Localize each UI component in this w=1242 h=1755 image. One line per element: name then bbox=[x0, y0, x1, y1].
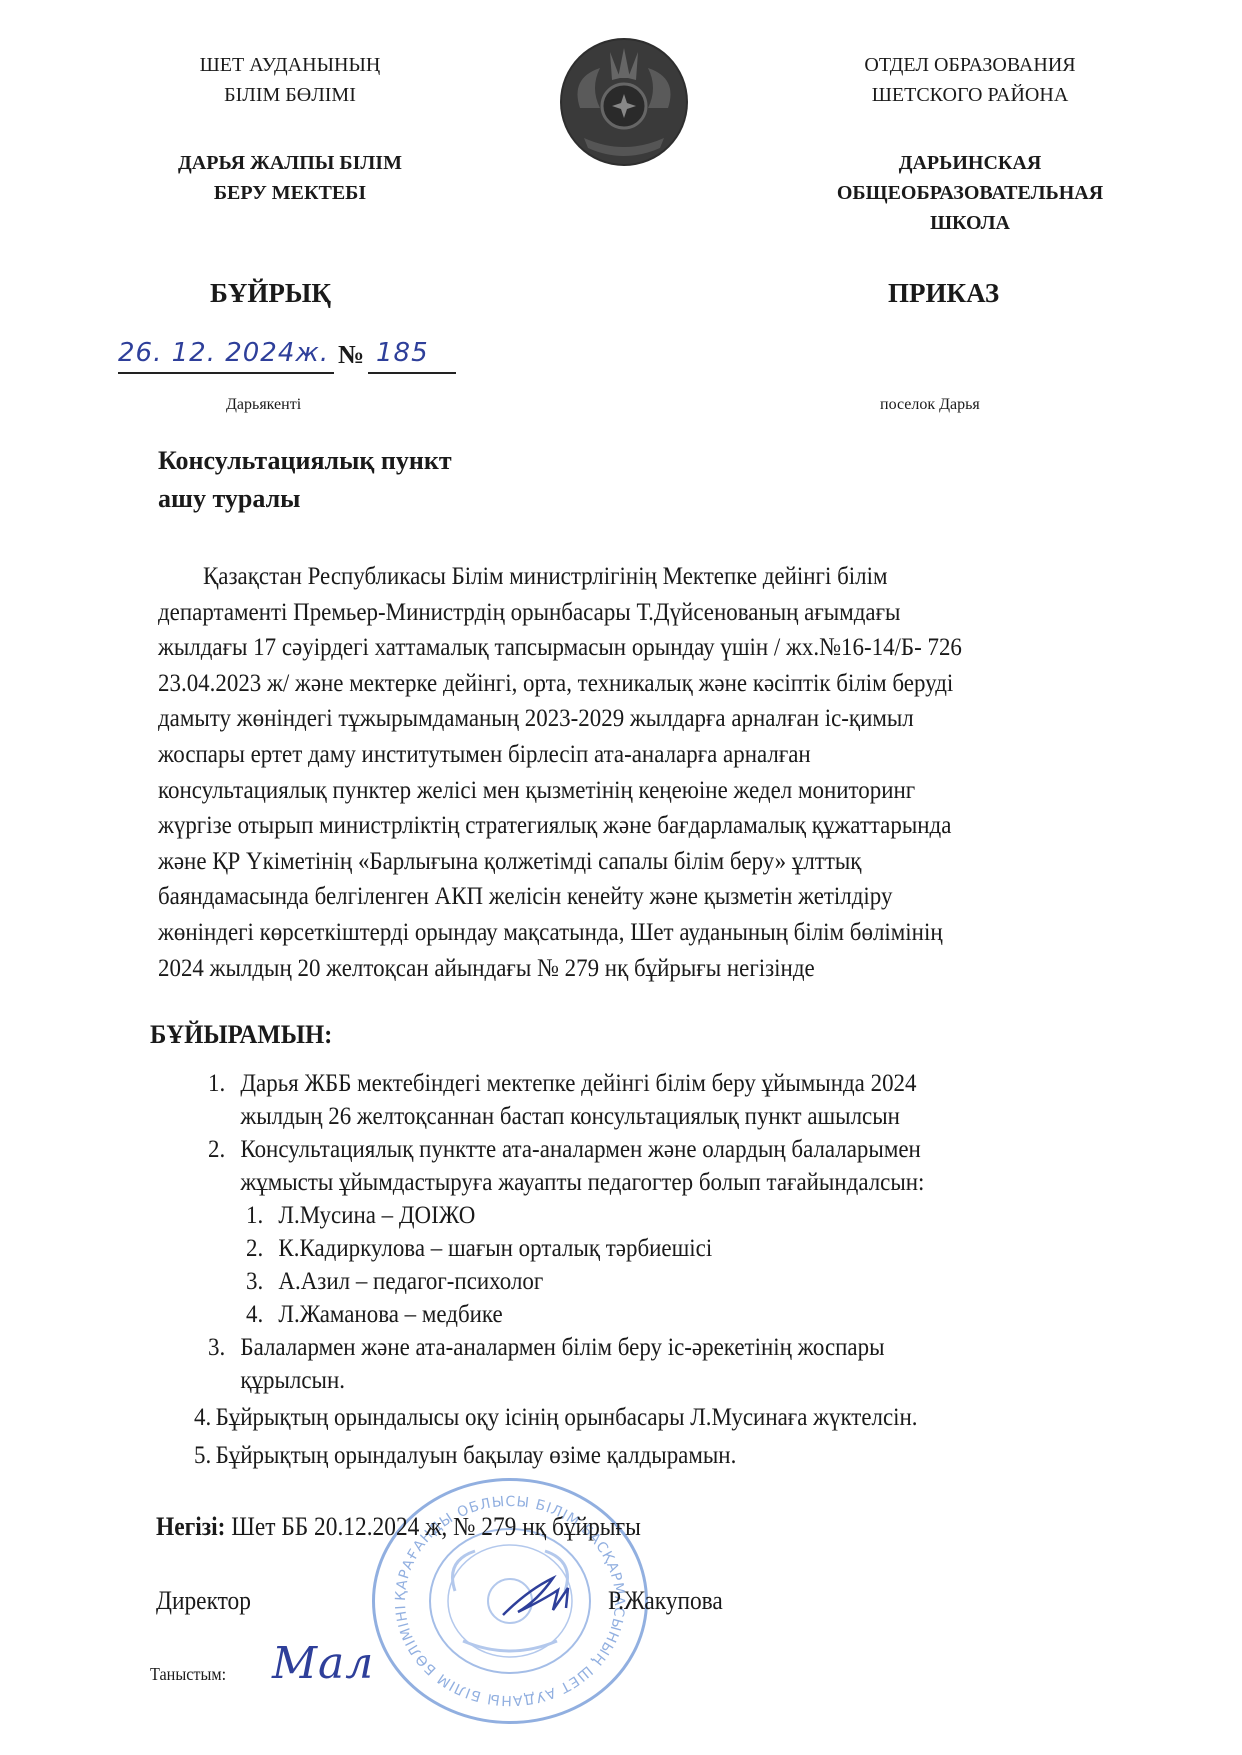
header-right-school-line1: ДАРЬИНСКАЯ bbox=[780, 148, 1160, 178]
order-number: 185 bbox=[368, 338, 456, 374]
director-signature bbox=[498, 1570, 588, 1620]
header-left-dept-line1: ШЕТ АУДАНЫНЫҢ bbox=[130, 50, 450, 80]
location-kazakh: Дарьякенті bbox=[226, 396, 301, 414]
item-text: Балалармен және ата-аналармен білім беру… bbox=[240, 1332, 884, 1361]
header-right-dept-line1: ОТДЕЛ ОБРАЗОВАНИЯ bbox=[800, 50, 1140, 80]
body-line: консультациялық пунктер желісі мен қызме… bbox=[158, 772, 1211, 808]
body-line: жоспары ертет даму институтымен бірлесіп… bbox=[158, 736, 1211, 772]
header-left-department: ШЕТ АУДАНЫНЫҢ БІЛІМ БӨЛІМІ bbox=[130, 50, 450, 110]
order-item-5: 5.Бұйрықтың орындалуын бақылау өзіме қал… bbox=[194, 1438, 736, 1471]
subitem: 2.К.Кадиркулова – шағын орталық тәрбиеші… bbox=[246, 1231, 712, 1264]
subject-line2: ашу туралы bbox=[158, 480, 452, 518]
basis-label: Негізі: bbox=[156, 1512, 225, 1541]
header-left-dept-line2: БІЛІМ БӨЛІМІ bbox=[130, 80, 450, 110]
subitem-text: Л.Мусина – ДОІЖО bbox=[278, 1200, 475, 1229]
item-number: 3. bbox=[208, 1330, 240, 1363]
item-text: жұмысты ұйымдастыруға жауапты педагогтер… bbox=[208, 1165, 924, 1198]
item-text: жылдың 26 желтоқсаннан бастап консультац… bbox=[208, 1099, 917, 1132]
subitem-text: А.Азил – педагог-психолог bbox=[278, 1266, 543, 1295]
subject-line1: Консультациялық пункт bbox=[158, 442, 452, 480]
order-basis: Негізі: Шет ББ 20.12.2024 ж, № 279 нқ бұ… bbox=[156, 1512, 641, 1542]
order-date: 26. 12. 2024ж. bbox=[118, 338, 334, 374]
item-text: Дарья ЖББ мектебіндегі мектепке дейінгі … bbox=[240, 1068, 916, 1097]
order-item-3: 3.Балалармен және ата-аналармен білім бе… bbox=[208, 1330, 885, 1396]
header-left-school-line1: ДАРЬЯ ЖАЛПЫ БІЛІМ bbox=[130, 148, 450, 178]
number-label: № bbox=[338, 340, 364, 370]
subitem-number: 1. bbox=[246, 1198, 278, 1231]
order-item-2-subitems: 1.Л.Мусина – ДОІЖО 2.К.Кадиркулова – шағ… bbox=[246, 1198, 712, 1330]
item-number: 5. bbox=[194, 1438, 216, 1471]
location-russian: поселок Дарья bbox=[880, 396, 980, 414]
order-subject: Консультациялық пункт ашу туралы bbox=[158, 442, 452, 518]
subitem: 4.Л.Жаманова – медбике bbox=[246, 1297, 712, 1330]
header-right-school-line2: ОБЩЕОБРАЗОВАТЕЛЬНАЯ bbox=[780, 178, 1160, 208]
signature-scribble-icon bbox=[498, 1570, 588, 1620]
order-item-4: 4.Бұйрықтың орындалысы оқу ісінің орынба… bbox=[194, 1400, 918, 1433]
director-role: Директор bbox=[156, 1586, 251, 1616]
order-date-number: 26. 12. 2024ж. № 185 bbox=[118, 338, 448, 374]
order-item-1: 1.Дарья ЖББ мектебіндегі мектепке дейінг… bbox=[208, 1066, 917, 1132]
body-line: жүргізе отырып министрліктің стратегиялы… bbox=[158, 807, 1211, 843]
acquainted-label: Таныстым: bbox=[150, 1664, 226, 1685]
subitem-text: Л.Жаманова – медбике bbox=[278, 1299, 502, 1328]
item-text: Консультациялық пунктте ата-аналармен жә… bbox=[240, 1134, 920, 1163]
item-number: 4. bbox=[194, 1400, 216, 1433]
header-right-dept-line2: ШЕТСКОГО РАЙОНА bbox=[800, 80, 1140, 110]
header-left-school-line2: БЕРУ МЕКТЕБІ bbox=[130, 178, 450, 208]
subitem-number: 3. bbox=[246, 1264, 278, 1297]
order-body: Қазақстан Республикасы Білім министрлігі… bbox=[158, 558, 1211, 985]
header-right-department: ОТДЕЛ ОБРАЗОВАНИЯ ШЕТСКОГО РАЙОНА bbox=[800, 50, 1140, 110]
body-line: және ҚР Үкіметінің «Барлығына қолжетімді… bbox=[158, 843, 1211, 879]
body-line: 23.04.2023 ж/ және мектерке дейінгі, орт… bbox=[158, 665, 1211, 701]
subitem: 1.Л.Мусина – ДОІЖО bbox=[246, 1198, 712, 1231]
header-right-school-line3: ШКОЛА bbox=[780, 208, 1160, 238]
body-line: баяндамасында белгіленген АКП желісін ке… bbox=[158, 878, 1211, 914]
subitem: 3.А.Азил – педагог-психолог bbox=[246, 1264, 712, 1297]
header-left-school: ДАРЬЯ ЖАЛПЫ БІЛІМ БЕРУ МЕКТЕБІ bbox=[130, 148, 450, 208]
basis-text: Шет ББ 20.12.2024 ж, № 279 нқ бұйрығы bbox=[225, 1512, 640, 1541]
item-text: құрылсын. bbox=[208, 1363, 885, 1396]
order-item-2: 2.Консультациялық пунктте ата-аналармен … bbox=[208, 1132, 924, 1198]
body-line: департаменті Премьер-Министрдің орынбаса… bbox=[158, 594, 1211, 630]
body-line: жөніндегі көрсеткіштерді орындау мақсаты… bbox=[158, 914, 1211, 950]
item-number: 1. bbox=[208, 1066, 240, 1099]
state-emblem-icon bbox=[560, 38, 688, 166]
emblem-ornament-icon bbox=[560, 38, 688, 166]
subitem-number: 4. bbox=[246, 1297, 278, 1330]
body-line: дамыту жөніндегі тұжырымдаманың 2023-202… bbox=[158, 700, 1211, 736]
director-name: Р.Жакупова bbox=[608, 1586, 723, 1616]
body-line: 2024 жылдың 20 желтоқсан айындағы № 279 … bbox=[158, 950, 1211, 986]
doc-type-russian: ПРИКАЗ bbox=[888, 278, 999, 309]
subitem-number: 2. bbox=[246, 1231, 278, 1264]
body-line: жылдағы 17 сәуірдегі хаттамалық тапсырма… bbox=[158, 629, 1211, 665]
item-number: 2. bbox=[208, 1132, 240, 1165]
header-right-school: ДАРЬИНСКАЯ ОБЩЕОБРАЗОВАТЕЛЬНАЯ ШКОЛА bbox=[780, 148, 1160, 238]
item-text: Бұйрықтың орындалысы оқу ісінің орынбаса… bbox=[216, 1402, 918, 1431]
acquainted-signature: Мал bbox=[272, 1638, 374, 1689]
doc-type-kazakh: БҰЙРЫҚ bbox=[210, 278, 331, 309]
subitem-text: К.Кадиркулова – шағын орталық тәрбиешісі bbox=[278, 1233, 712, 1262]
order-heading: БҰЙЫРАМЫН: bbox=[150, 1020, 332, 1050]
item-text: Бұйрықтың орындалуын бақылау өзіме қалды… bbox=[216, 1440, 737, 1469]
body-line: Қазақстан Республикасы Білім министрлігі… bbox=[158, 558, 1211, 594]
